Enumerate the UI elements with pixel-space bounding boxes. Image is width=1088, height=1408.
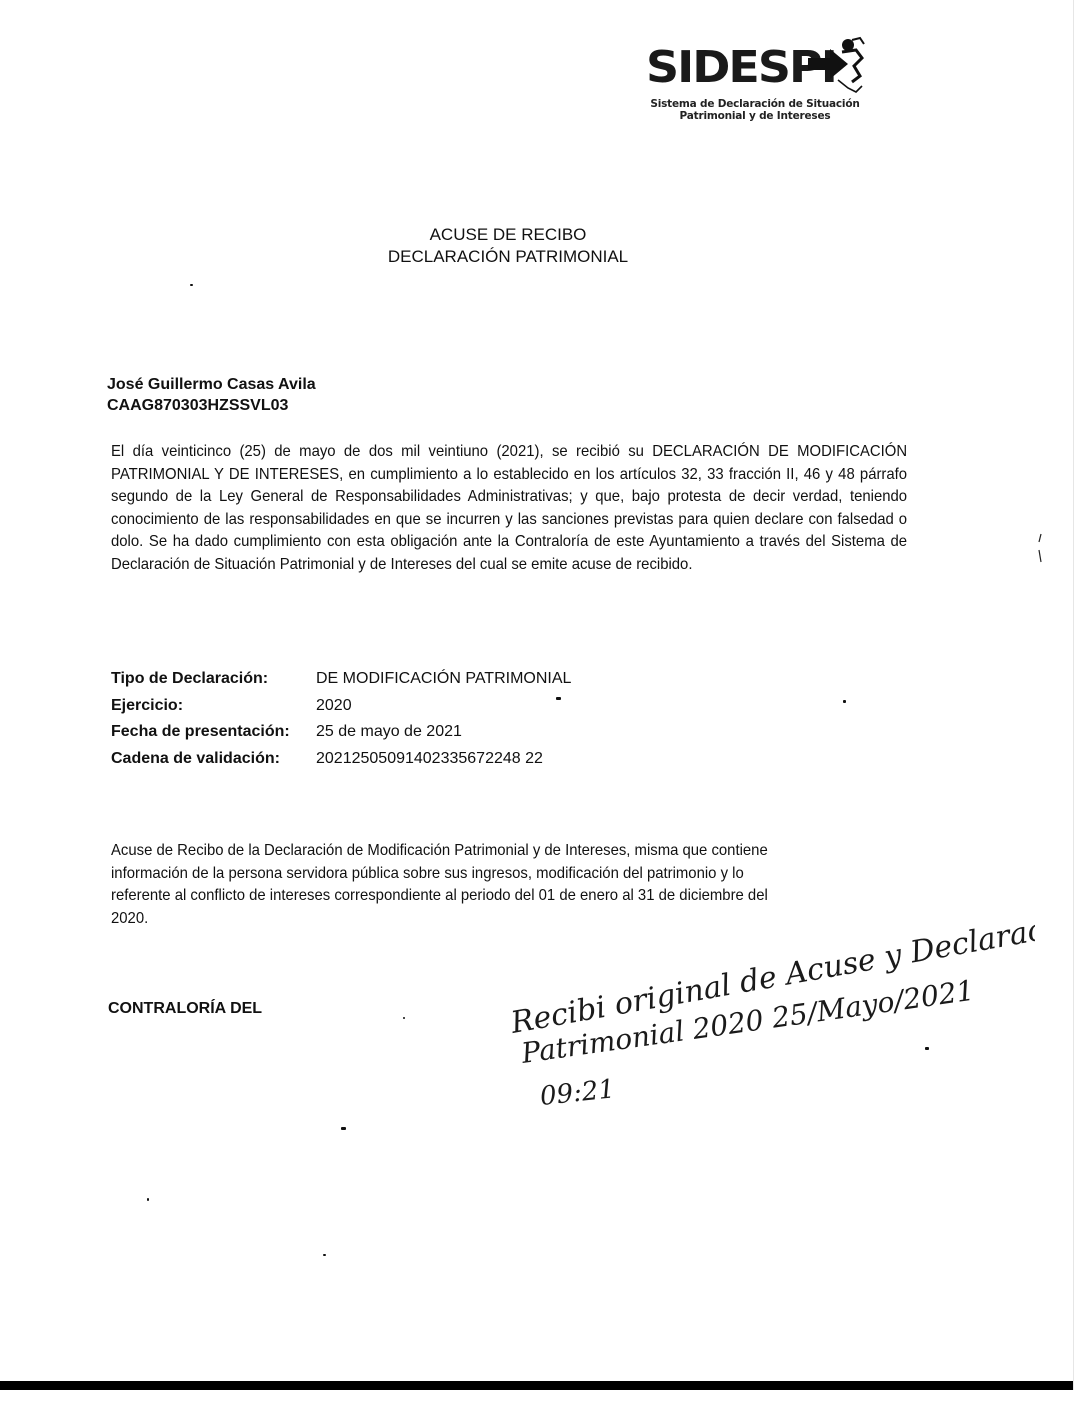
detail-row-fecha: Fecha de presentación: 25 de mayo de 202… [111,719,571,746]
scan-speck [147,1198,149,1201]
handwritten-line-3: 09:21 [539,1074,617,1112]
scan-speck [556,697,561,700]
detail-row-ejercicio: Ejercicio: 2020 [111,693,571,720]
logo-subtitle-line-2: Patrimonial y de Intereses [640,110,870,122]
scan-speck [190,284,193,286]
scan-speck [843,700,846,703]
detail-label: Ejercicio: [111,697,316,715]
document-title: ACUSE DE RECIBO DECLARACIÓN PATRIMONIAL [0,224,1016,268]
handwritten-note: Recibi original de Acuse y Declaracion P… [495,915,1035,1115]
margin-marks [1035,532,1055,572]
scan-speck [925,1047,929,1050]
signature-label: CONTRALORÍA DEL [108,1000,262,1018]
scan-bottom-border [0,1381,1073,1390]
summary-line: información de la persona servidora públ… [111,863,907,886]
detail-row-cadena: Cadena de validación: 202125050914023356… [111,746,571,773]
detail-row-tipo: Tipo de Declaración: DE MODIFICACIÓN PAT… [111,666,571,693]
title-line-1: ACUSE DE RECIBO [0,224,1016,246]
detail-value: 20212505091402335672248 22 [316,750,543,768]
scan-speck [341,1127,346,1130]
receipt-paragraph: El día veinticinco (25) de mayo de dos m… [111,441,907,577]
scan-speck [403,1017,405,1019]
arrow-figure-icon [808,36,868,98]
scan-edge [1073,0,1074,1390]
title-line-2: DECLARACIÓN PATRIMONIAL [0,246,1016,268]
declarant-curp: CAAG870303HZSSVL03 [107,395,316,416]
detail-value: 2020 [316,697,352,715]
scan-speck [323,1254,326,1256]
declaration-details: Tipo de Declaración: DE MODIFICACIÓN PAT… [111,666,571,772]
summary-line: referente al conflicto de intereses corr… [111,885,907,908]
logo-subtitle-line-1: Sistema de Declaración de Situación [640,98,870,110]
declarant-name: José Guillermo Casas Avila [107,374,316,395]
detail-label: Fecha de presentación: [111,723,316,741]
detail-label: Cadena de validación: [111,750,316,768]
sidespi-logo: SIDESPI Sistema de Declaración de Situac… [640,36,880,126]
summary-line: Acuse de Recibo de la Declaración de Mod… [111,840,907,863]
declarant-info: José Guillermo Casas Avila CAAG870303HZS… [107,374,316,416]
logo-subtitle: Sistema de Declaración de Situación Patr… [640,98,870,122]
detail-value: 25 de mayo de 2021 [316,723,462,741]
detail-value: DE MODIFICACIÓN PATRIMONIAL [316,670,571,688]
detail-label: Tipo de Declaración: [111,670,316,688]
